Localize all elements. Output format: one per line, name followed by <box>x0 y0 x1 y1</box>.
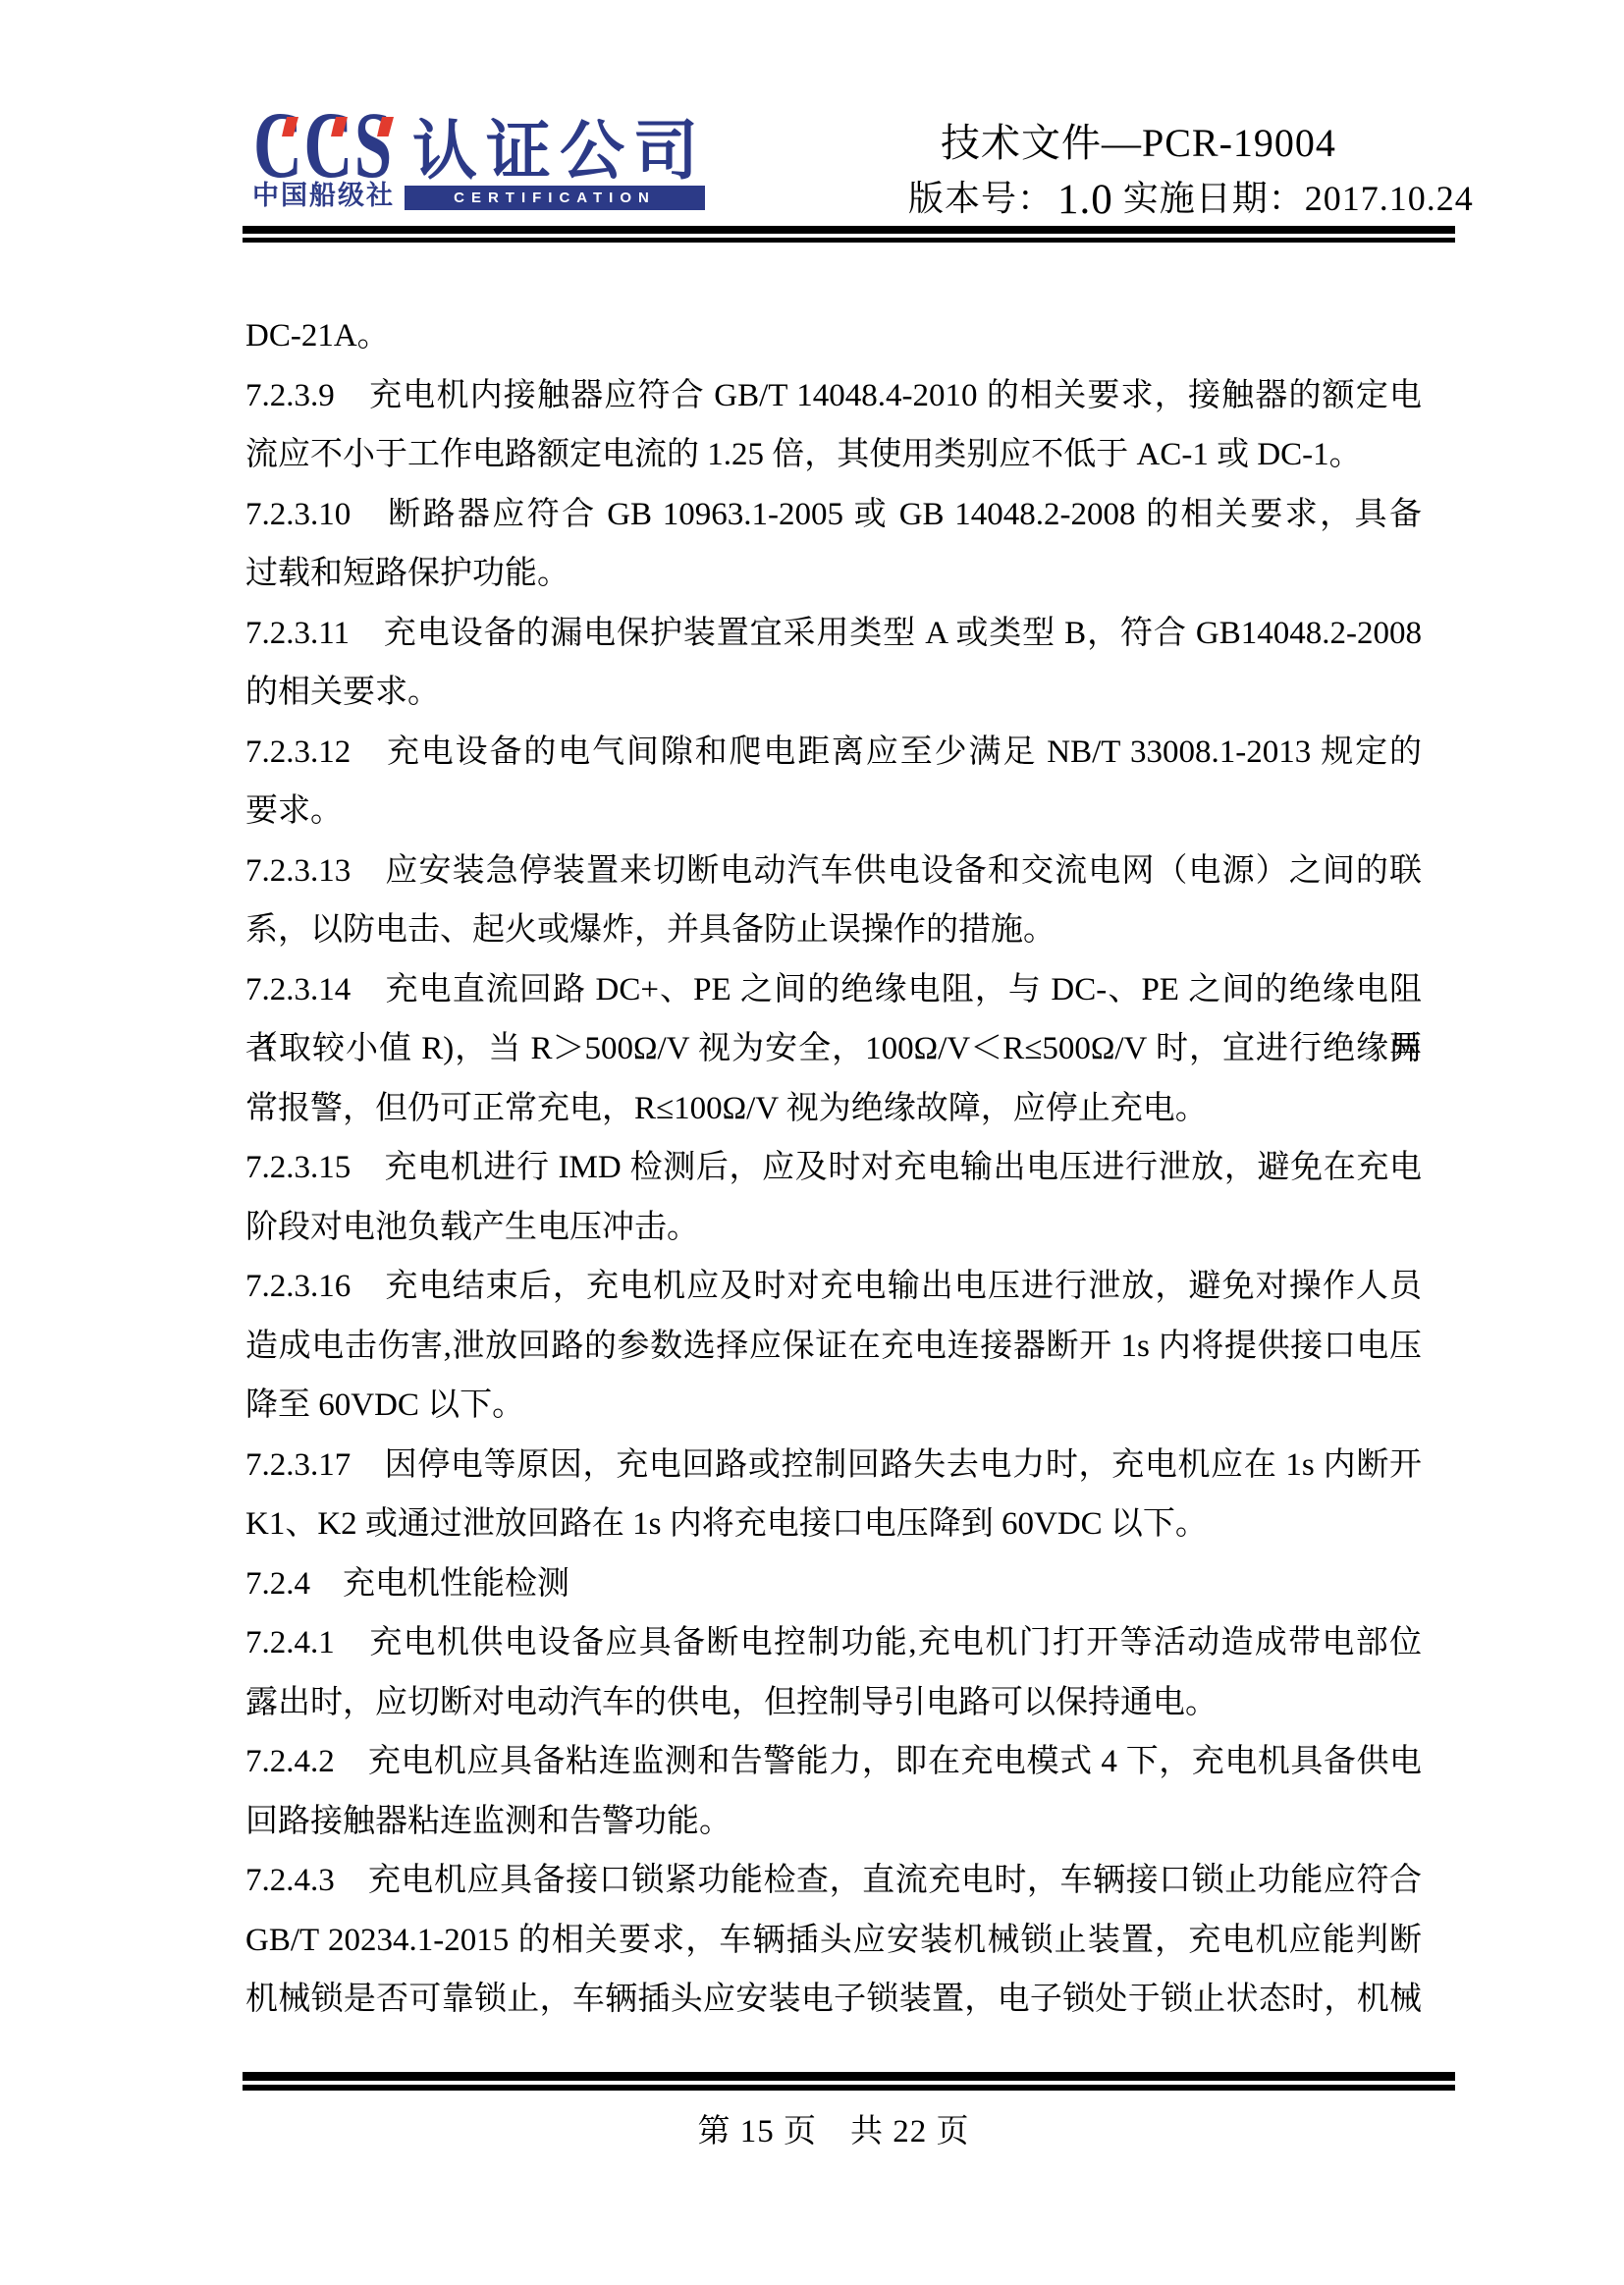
body-line: 7.2.3.13 应安装急停装置来切断电动汽车供电设备和交流电网（电源）之间的联 <box>245 842 1422 901</box>
body-line: 降至 60VDC 以下。 <box>245 1376 1422 1436</box>
body-line: 机械锁是否可靠锁止，车辆插头应安装电子锁装置，电子锁处于锁止状态时，机械 <box>245 1970 1422 2030</box>
version-line: 版本号：1.0实施日期：2017.10.24 <box>908 179 1474 221</box>
logo-society-name: 中国船级社 <box>252 183 395 209</box>
body-line: 7.2.3.11 充电设备的漏电保护装置宜采用类型 A 或类型 B，符合 GB1… <box>245 604 1422 664</box>
body-line: GB/T 20234.1-2015 的相关要求，车辆插头应安装机械锁止装置，充电… <box>245 1911 1422 1971</box>
body-line: 露出时，应切断对电动汽车的供电，但控制导引电路可以保持通电。 <box>245 1673 1422 1733</box>
doc-title: 技术文件—PCR-19004 <box>941 124 1336 163</box>
header-rule-thick <box>243 226 1455 234</box>
impl-date-value: 2017.10.24 <box>1305 179 1474 218</box>
body-line: 7.2.3.17 因停电等原因，充电回路或控制回路失去电力时，充电机应在 1s … <box>245 1436 1422 1496</box>
logo-company-name: 认证公司 <box>412 118 707 183</box>
body-text: DC-21A。 7.2.3.9 充电机内接触器应符合 GB/T 14048.4-… <box>245 306 1422 2030</box>
body-line: 常报警，但仍可正常充电，R≤100Ω/V 视为绝缘故障，应停止充电。 <box>245 1079 1422 1139</box>
body-line: 7.2.4.2 充电机应具备粘连监测和告警能力，即在充电模式 4 下，充电机具备… <box>245 1732 1422 1792</box>
header-rule-thin <box>243 238 1455 243</box>
body-line: 系，以防电击、起火或爆炸，并具备防止误操作的措施。 <box>245 900 1422 960</box>
body-line: 7.2.3.9 充电机内接触器应符合 GB/T 14048.4-2010 的相关… <box>245 366 1422 426</box>
body-line: 7.2.3.16 充电结束后，充电机应及时对充电输出电压进行泄放，避免对操作人员 <box>245 1257 1422 1317</box>
document-page: CCS 认证公司 中国船级社 CERTIFICATION 技术文件—PCR-19… <box>0 0 1624 2285</box>
ccs-logo: CCS <box>253 98 394 192</box>
certification-banner: CERTIFICATION <box>405 186 705 210</box>
body-line: 7.2.4.1 充电机供电设备应具备断电控制功能,充电机门打开等活动造成带电部位 <box>245 1613 1422 1673</box>
version-label: 版本号： <box>908 179 1054 218</box>
body-line: 7.2.3.12 充电设备的电气间隙和爬电距离应至少满足 NB/T 33008.… <box>245 723 1422 783</box>
footer-rule-thick <box>243 2072 1455 2081</box>
body-line: 者取较小值 R)，当 R＞500Ω/V 视为安全，100Ω/V＜R≤500Ω/V… <box>245 1019 1422 1079</box>
body-line: DC-21A。 <box>245 306 1422 366</box>
body-line: 的相关要求。 <box>245 663 1422 723</box>
body-line: K1、K2 或通过泄放回路在 1s 内将充电接口电压降到 60VDC 以下。 <box>245 1495 1422 1554</box>
body-line: 7.2.4 充电机性能检测 <box>245 1554 1422 1614</box>
body-line: 过载和短路保护功能。 <box>245 544 1422 604</box>
page-number: 第 15 页 共 22 页 <box>245 2113 1422 2152</box>
body-line: 7.2.3.15 充电机进行 IMD 检测后，应及时对充电输出电压进行泄放，避免… <box>245 1138 1422 1198</box>
body-line: 7.2.4.3 充电机应具备接口锁紧功能检查，直流充电时，车辆接口锁止功能应符合 <box>245 1851 1422 1911</box>
footer-rule-thin <box>243 2085 1455 2091</box>
body-line: 回路接触器粘连监测和告警功能。 <box>245 1792 1422 1852</box>
body-line: 流应不小于工作电路额定电流的 1.25 倍，其使用类别应不低于 AC-1 或 D… <box>245 425 1422 485</box>
impl-date-label: 实施日期： <box>1123 179 1305 218</box>
body-line: 阶段对电池负载产生电压冲击。 <box>245 1198 1422 1258</box>
version-number: 1.0 <box>1057 177 1113 223</box>
body-line: 要求。 <box>245 782 1422 842</box>
body-line: 7.2.3.14 充电直流回路 DC+、PE 之间的绝缘电阻，与 DC-、PE … <box>245 960 1422 1020</box>
body-line: 7.2.3.10 断路器应符合 GB 10963.1-2005 或 GB 140… <box>245 485 1422 545</box>
body-line: 造成电击伤害,泄放回路的参数选择应保证在充电连接器断开 1s 内将提供接口电压 <box>245 1317 1422 1377</box>
